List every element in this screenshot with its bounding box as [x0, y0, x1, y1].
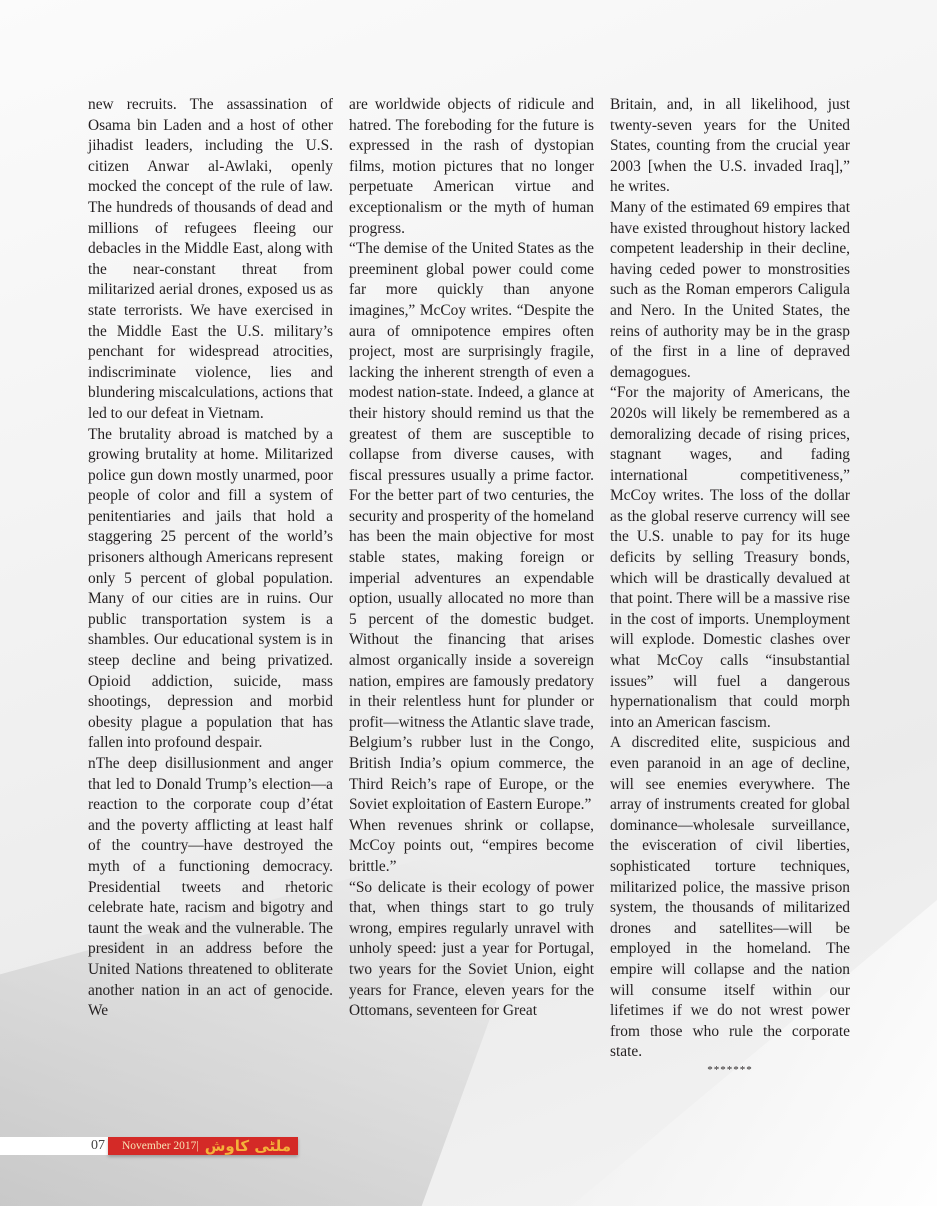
issue-banner: November 2017| ملٹی کاوش	[108, 1137, 298, 1155]
paragraph: “For the majority of Americans, the 2020…	[610, 383, 850, 733]
footer-bar	[0, 1137, 58, 1155]
paragraph: “So delicate is their ecology of power t…	[349, 878, 594, 1022]
paragraph: new recruits. The assassination of Osama…	[88, 95, 333, 425]
paragraph: “The demise of the United States as the …	[349, 239, 594, 816]
column-2: are worldwide objects of ridicule and ha…	[349, 95, 594, 1076]
paragraph: are worldwide objects of ridicule and ha…	[349, 95, 594, 239]
magazine-logo: ملٹی کاوش	[205, 1137, 291, 1155]
issue-date: November 2017|	[122, 1140, 199, 1152]
column-3: Britain, and, in all likelihood, just tw…	[610, 95, 850, 1076]
column-1: new recruits. The assassination of Osama…	[88, 95, 333, 1076]
paragraph: When revenues shrink or collapse, McCoy …	[349, 816, 594, 878]
article-body: new recruits. The assassination of Osama…	[88, 95, 850, 1076]
end-mark: *******	[610, 1064, 850, 1076]
page-number: 07	[58, 1137, 108, 1155]
paragraph: Britain, and, in all likelihood, just tw…	[610, 95, 850, 198]
paragraph: nThe deep disillusionment and anger that…	[88, 754, 333, 1022]
page-footer: 07 November 2017| ملٹی کاوش	[0, 1137, 298, 1155]
paragraph: The brutality abroad is matched by a gro…	[88, 425, 333, 755]
paragraph: Many of the estimated 69 empires that ha…	[610, 198, 850, 383]
paragraph: A discredited elite, suspicious and even…	[610, 733, 850, 1063]
